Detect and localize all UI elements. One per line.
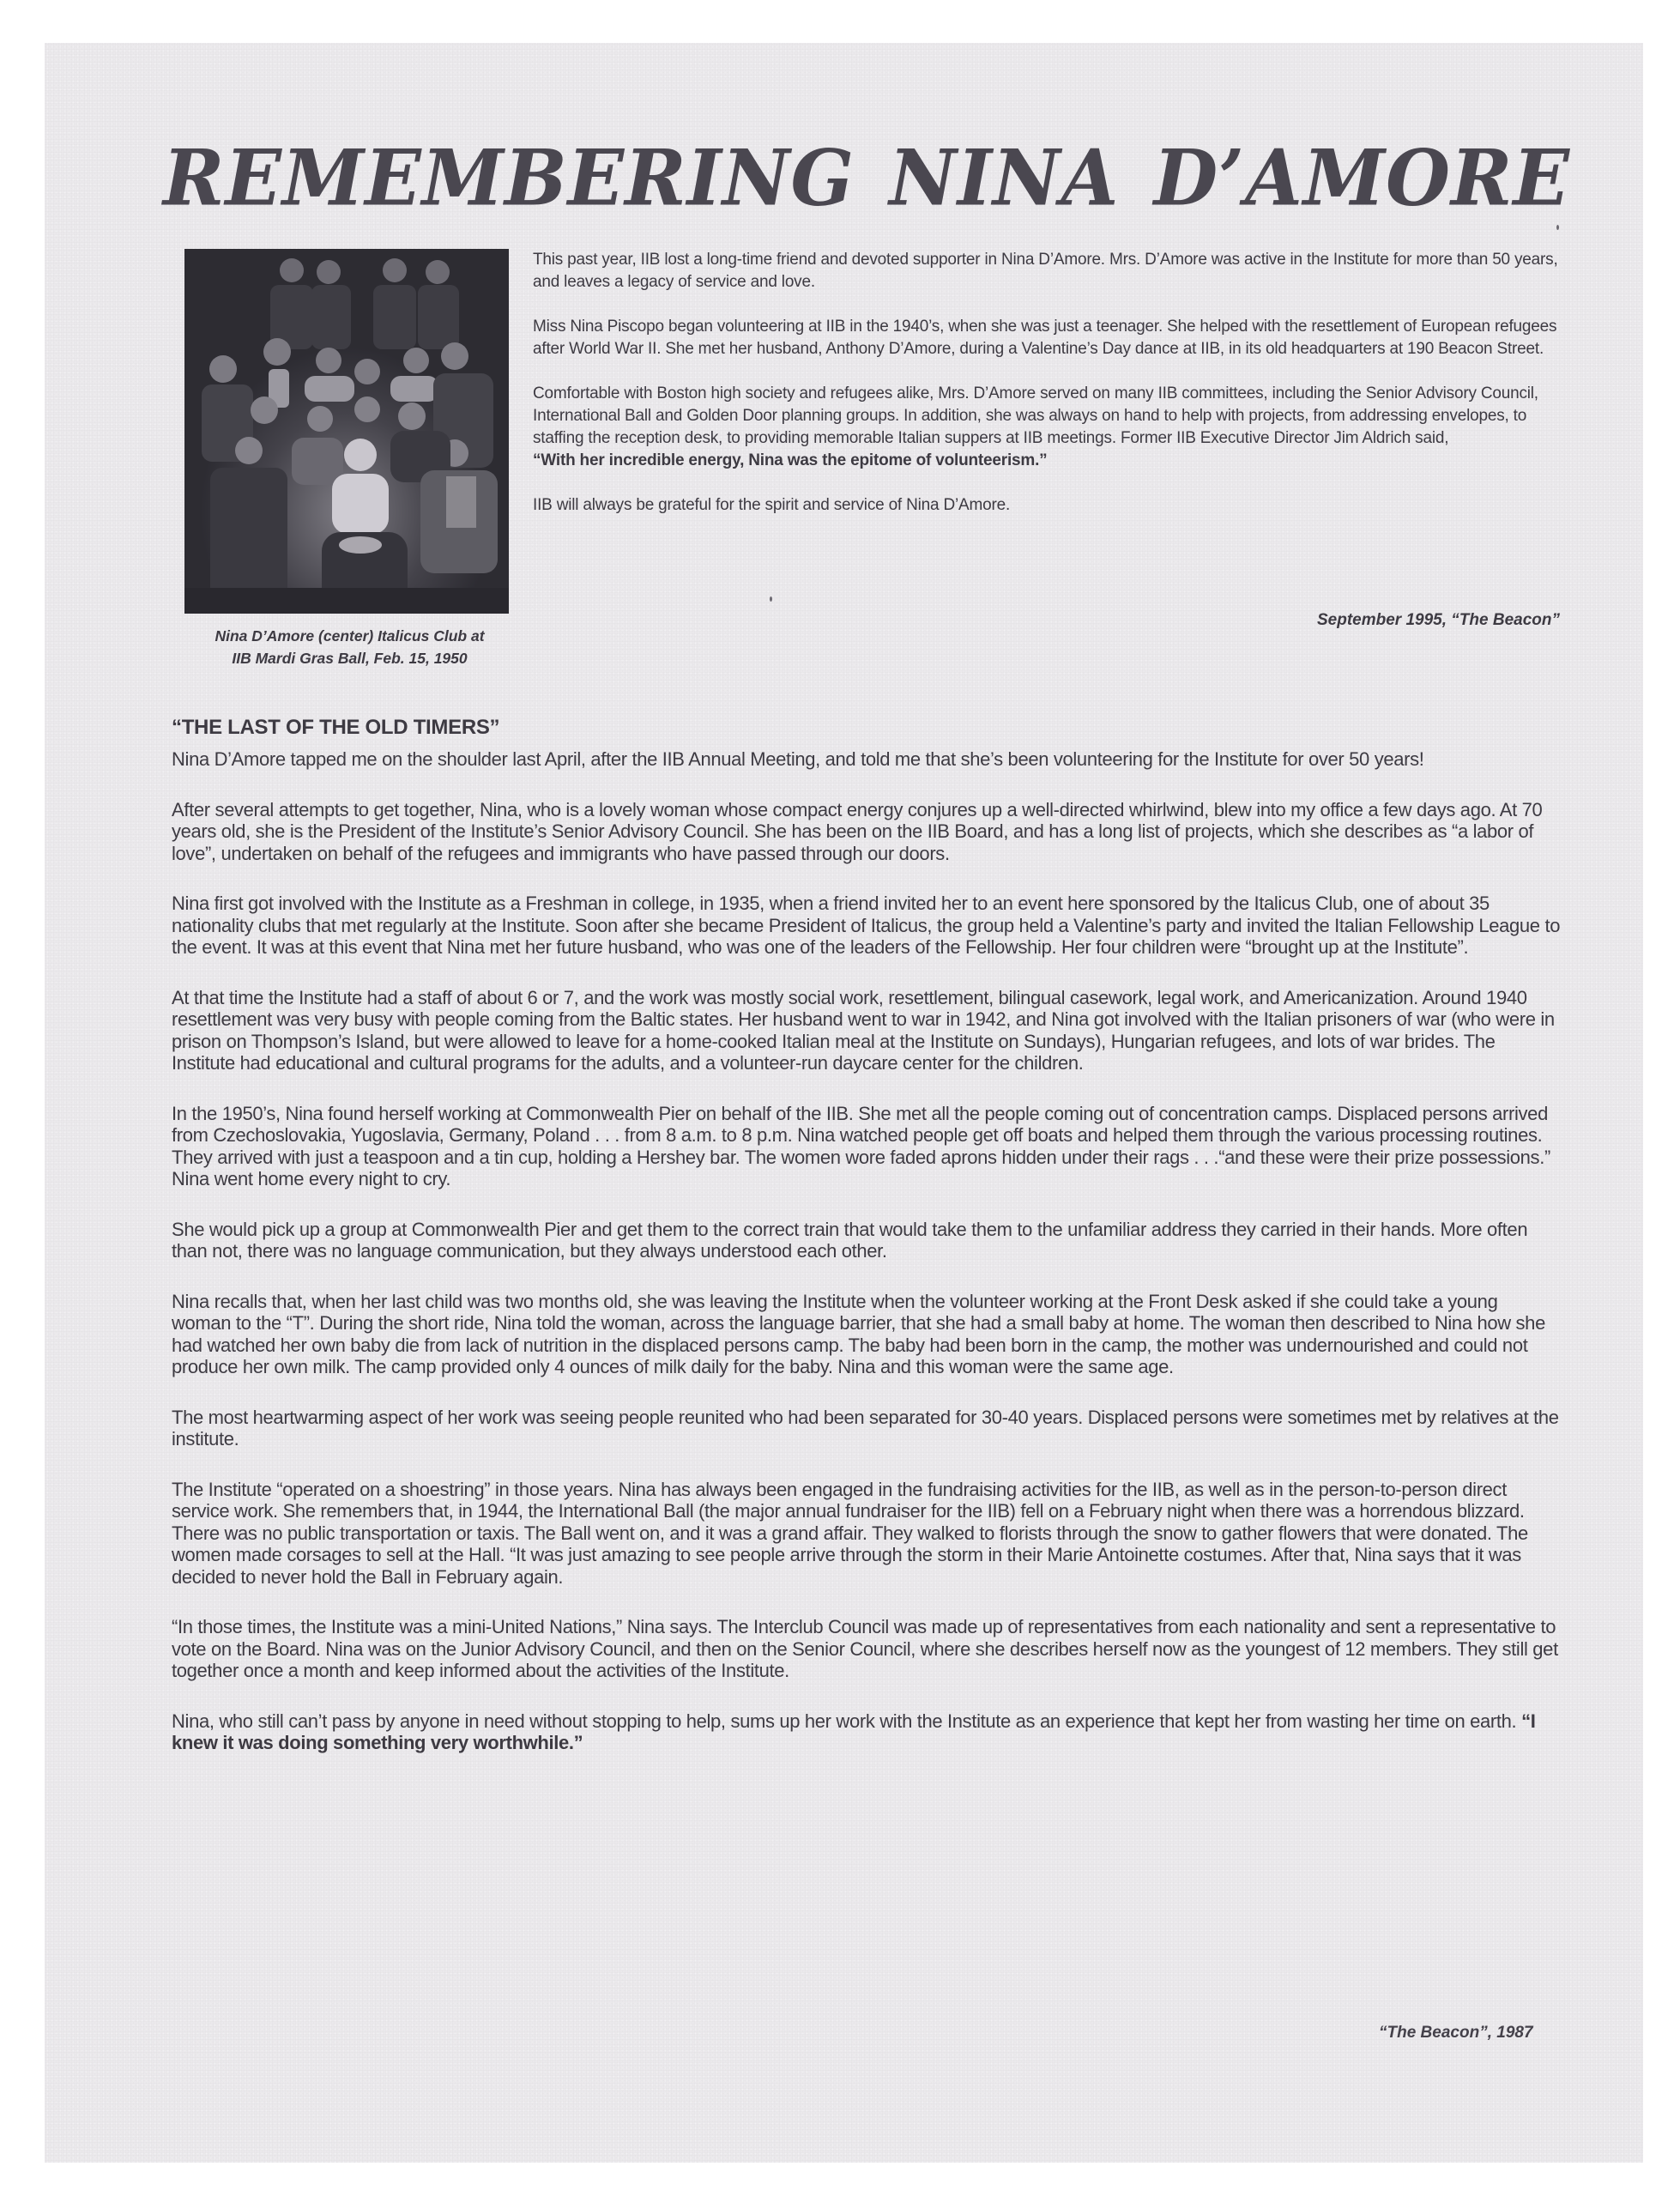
- article-paragraph: “In those times, the Institute was a min…: [172, 1616, 1562, 1682]
- article-heading: “THE LAST OF THE OLD TIMERS”: [172, 716, 499, 740]
- title-word-nina: NINA: [889, 140, 1119, 217]
- tribute-paragraph: Miss Nina Piscopo began volunteering at …: [533, 316, 1562, 360]
- tribute-paragraph: This past year, IIB lost a long-time fri…: [533, 249, 1562, 294]
- tribute-paragraph-text: Comfortable with Boston high society and…: [533, 384, 1538, 447]
- aldrich-quote: “With her incredible energy, Nina was th…: [533, 450, 1562, 472]
- article-paragraph: The most heartwarming aspect of her work…: [172, 1407, 1562, 1450]
- article-paragraph: Nina D’Amore tapped me on the shoulder l…: [172, 748, 1562, 771]
- article-paragraph: After several attempts to get together, …: [172, 799, 1562, 865]
- article-last-paragraph: Nina, who still can’t pass by anyone in …: [172, 1710, 1562, 1754]
- tribute-source: September 1995, “The Beacon”: [1317, 611, 1560, 630]
- article-paragraph: At that time the Institute had a staff o…: [172, 987, 1562, 1074]
- article-paragraph: Nina first got involved with the Institu…: [172, 893, 1562, 959]
- article-paragraph: The Institute “operated on a shoestring”…: [172, 1479, 1562, 1589]
- caption-line-1: Nina D’Amore (center) Italicus Club at: [176, 625, 523, 647]
- article-last-paragraph-text: Nina, who still can’t pass by anyone in …: [172, 1710, 1516, 1732]
- group-photo: [184, 249, 509, 614]
- page-title: REMEMBERING NINA D’AMORE: [163, 140, 1570, 217]
- tribute-paragraph: Comfortable with Boston high society and…: [533, 383, 1562, 472]
- photo-caption: Nina D’Amore (center) Italicus Club at I…: [176, 625, 523, 669]
- scan-speck: [770, 596, 772, 602]
- article-paragraph: In the 1950’s, Nina found herself workin…: [172, 1103, 1562, 1190]
- title-word-remembering: REMEMBERING: [163, 140, 855, 217]
- article-paragraph: She would pick up a group at Commonwealt…: [172, 1219, 1562, 1262]
- article-source: “The Beacon”, 1987: [1379, 2024, 1533, 2043]
- caption-line-2: IIB Mardi Gras Ball, Feb. 15, 1950: [176, 647, 523, 669]
- tribute-column: This past year, IIB lost a long-time fri…: [533, 249, 1562, 539]
- scan-speck: [1556, 225, 1559, 230]
- article-body: Nina D’Amore tapped me on the shoulder l…: [172, 748, 1562, 1776]
- article-paragraph: Nina recalls that, when her last child w…: [172, 1291, 1562, 1378]
- tribute-closing: IIB will always be grateful for the spir…: [533, 494, 1562, 517]
- photo-illustration-icon: [184, 249, 509, 614]
- title-word-damore: D’AMORE: [1154, 140, 1570, 217]
